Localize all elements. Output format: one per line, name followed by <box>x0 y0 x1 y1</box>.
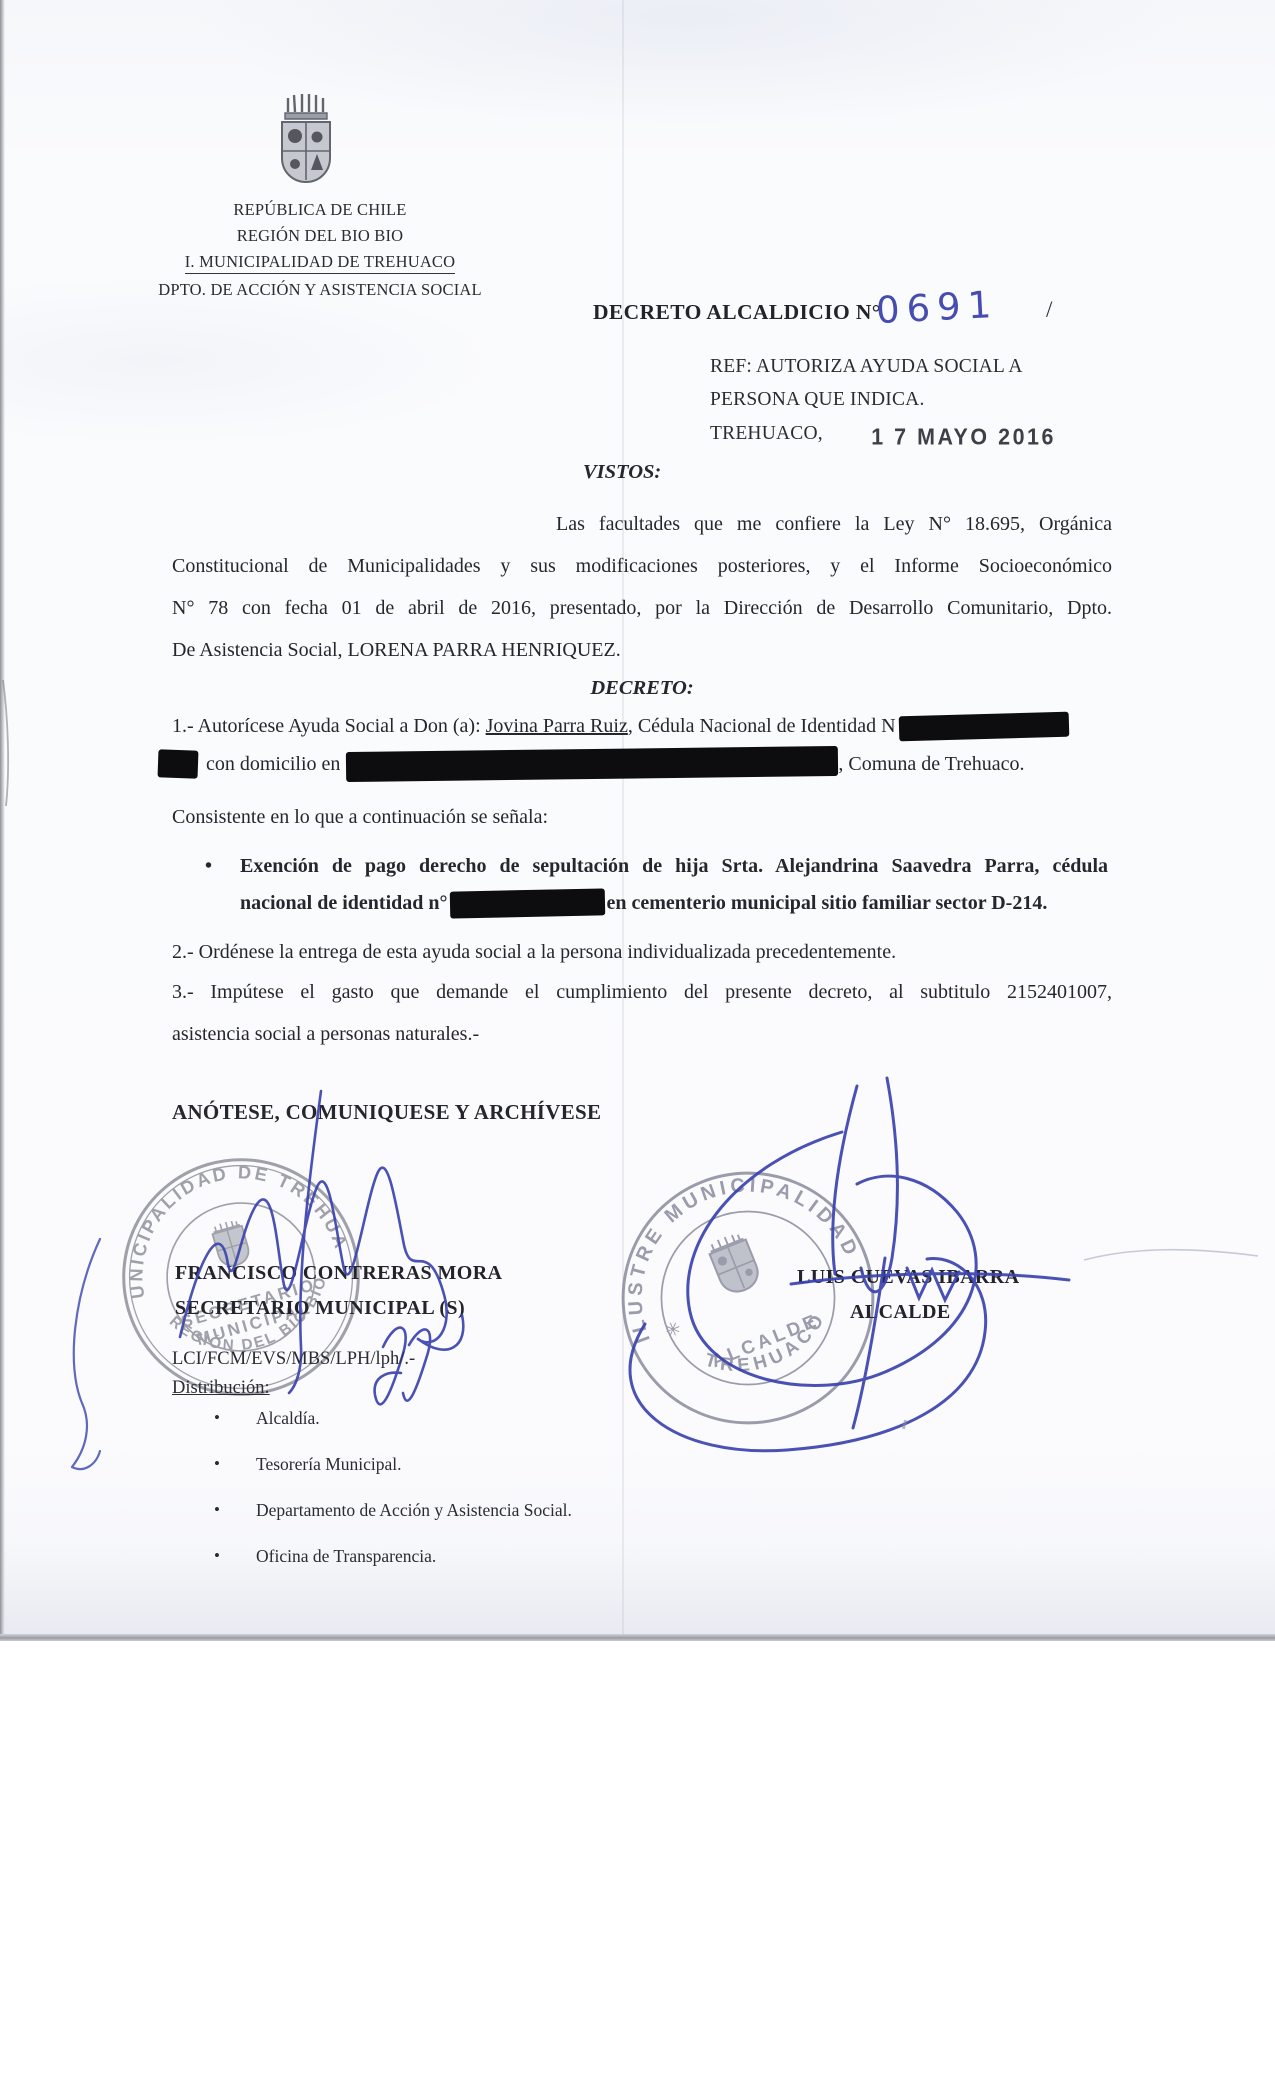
letterhead-region: REGIÓN DEL BIO BIO <box>95 226 545 246</box>
redaction-bar-small <box>158 749 199 778</box>
coat-of-arms-emblem <box>268 92 348 194</box>
ref-city: TREHUACO, <box>710 423 823 445</box>
vistos-line-1: Las facultades que me confiere la Ley N°… <box>556 513 1112 536</box>
letterhead-municipality-text: I. MUNICIPALIDAD DE TREHUACO <box>185 252 456 274</box>
distribution-item: Departamento de Acción y Asistencia Soci… <box>256 1500 1275 1521</box>
ref-line-1: REF: AUTORIZA AYUDA SOCIAL A <box>710 356 1023 378</box>
bullet-dot: • <box>205 855 212 878</box>
vistos-line-2: Constitucional de Municipalidades y sus … <box>172 555 1112 578</box>
decree-number-slash: / <box>1046 297 1052 323</box>
decreto-item-1-line-1: 1.- Autorícese Ayuda Social a Don (a): J… <box>172 714 1132 739</box>
item1-suffix: , Cédula Nacional de Identidad N <box>628 715 896 738</box>
bullet-line2-post: en cementerio municipal sitio familiar s… <box>607 892 1048 915</box>
benefit-bullet-line-2: nacional de identidad n° en cementerio m… <box>240 890 1120 917</box>
paper-bottom-edge <box>0 1634 1275 1641</box>
scan-edge-left <box>0 0 5 1640</box>
letterhead-municipality: I. MUNICIPALIDAD DE TREHUACO <box>95 252 545 274</box>
bullet-line2-pre: nacional de identidad n° <box>240 892 448 915</box>
distribution-item: Alcaldía. <box>256 1408 1275 1429</box>
redaction-bar-daughter-id <box>449 888 605 918</box>
vistos-line-4: De Asistencia Social, LORENA PARRA HENRI… <box>172 639 621 662</box>
margin-pen-scribble <box>56 1235 156 1485</box>
scanned-decree-page: REPÚBLICA DE CHILE REGIÓN DEL BIO BIO I.… <box>0 0 1275 2100</box>
decreto-item-1-line-2: con domicilio en , Comuna de Trehuaco. <box>158 749 1118 779</box>
initials-line: LCI/FCM/EVS/MBS/LPH/lph/.- <box>172 1349 415 1370</box>
vistos-line-3: N° 78 con fecha 01 de abril de 2016, pre… <box>172 597 1112 620</box>
distribution-item: Oficina de Transparencia. <box>256 1546 1275 1567</box>
letterhead-department: DPTO. DE ACCIÓN Y ASISTENCIA SOCIAL <box>95 280 545 300</box>
handwritten-decree-number: 0691 <box>875 283 999 332</box>
letterhead-country: REPÚBLICA DE CHILE <box>95 200 545 220</box>
item1-line2-end: , Comuna de Trehuaco. <box>838 753 1024 776</box>
date-stamp: 1 7 MAYO 2016 <box>871 425 1056 451</box>
redaction-bar-address <box>346 746 838 782</box>
redaction-bar-id-number <box>898 712 1069 742</box>
decreto-heading: DECRETO: <box>172 677 1112 700</box>
item1-beneficiary-name: Jovina Parra Ruiz <box>486 715 628 738</box>
consistente-line: Consistente en lo que a continuación se … <box>172 806 548 829</box>
item1-prefix: 1.- Autorícese Ayuda Social a Don (a): <box>172 715 486 738</box>
edge-pen-mark <box>0 678 16 808</box>
vistos-heading: VISTOS: <box>583 461 661 484</box>
item1-line2-mid: con domicilio en <box>206 753 340 776</box>
distribution-item: Tesorería Municipal. <box>256 1454 1275 1475</box>
decreto-item-3-line-1: 3.- Impútese el gasto que demande el cum… <box>172 981 1112 1004</box>
benefit-bullet-line-1: Exención de pago derecho de sepultación … <box>240 855 1108 878</box>
ref-line-2: PERSONA QUE INDICA. <box>710 389 925 411</box>
decreto-item-3-line-2: asistencia social a personas naturales.- <box>172 1023 479 1046</box>
faint-pen-mark <box>1082 1236 1262 1276</box>
decree-title: DECRETO ALCALDICIO N° <box>593 300 881 325</box>
decreto-item-2: 2.- Ordénese la entrega de esta ayuda so… <box>172 941 896 964</box>
distribution-heading: Distribución: <box>172 1378 270 1399</box>
